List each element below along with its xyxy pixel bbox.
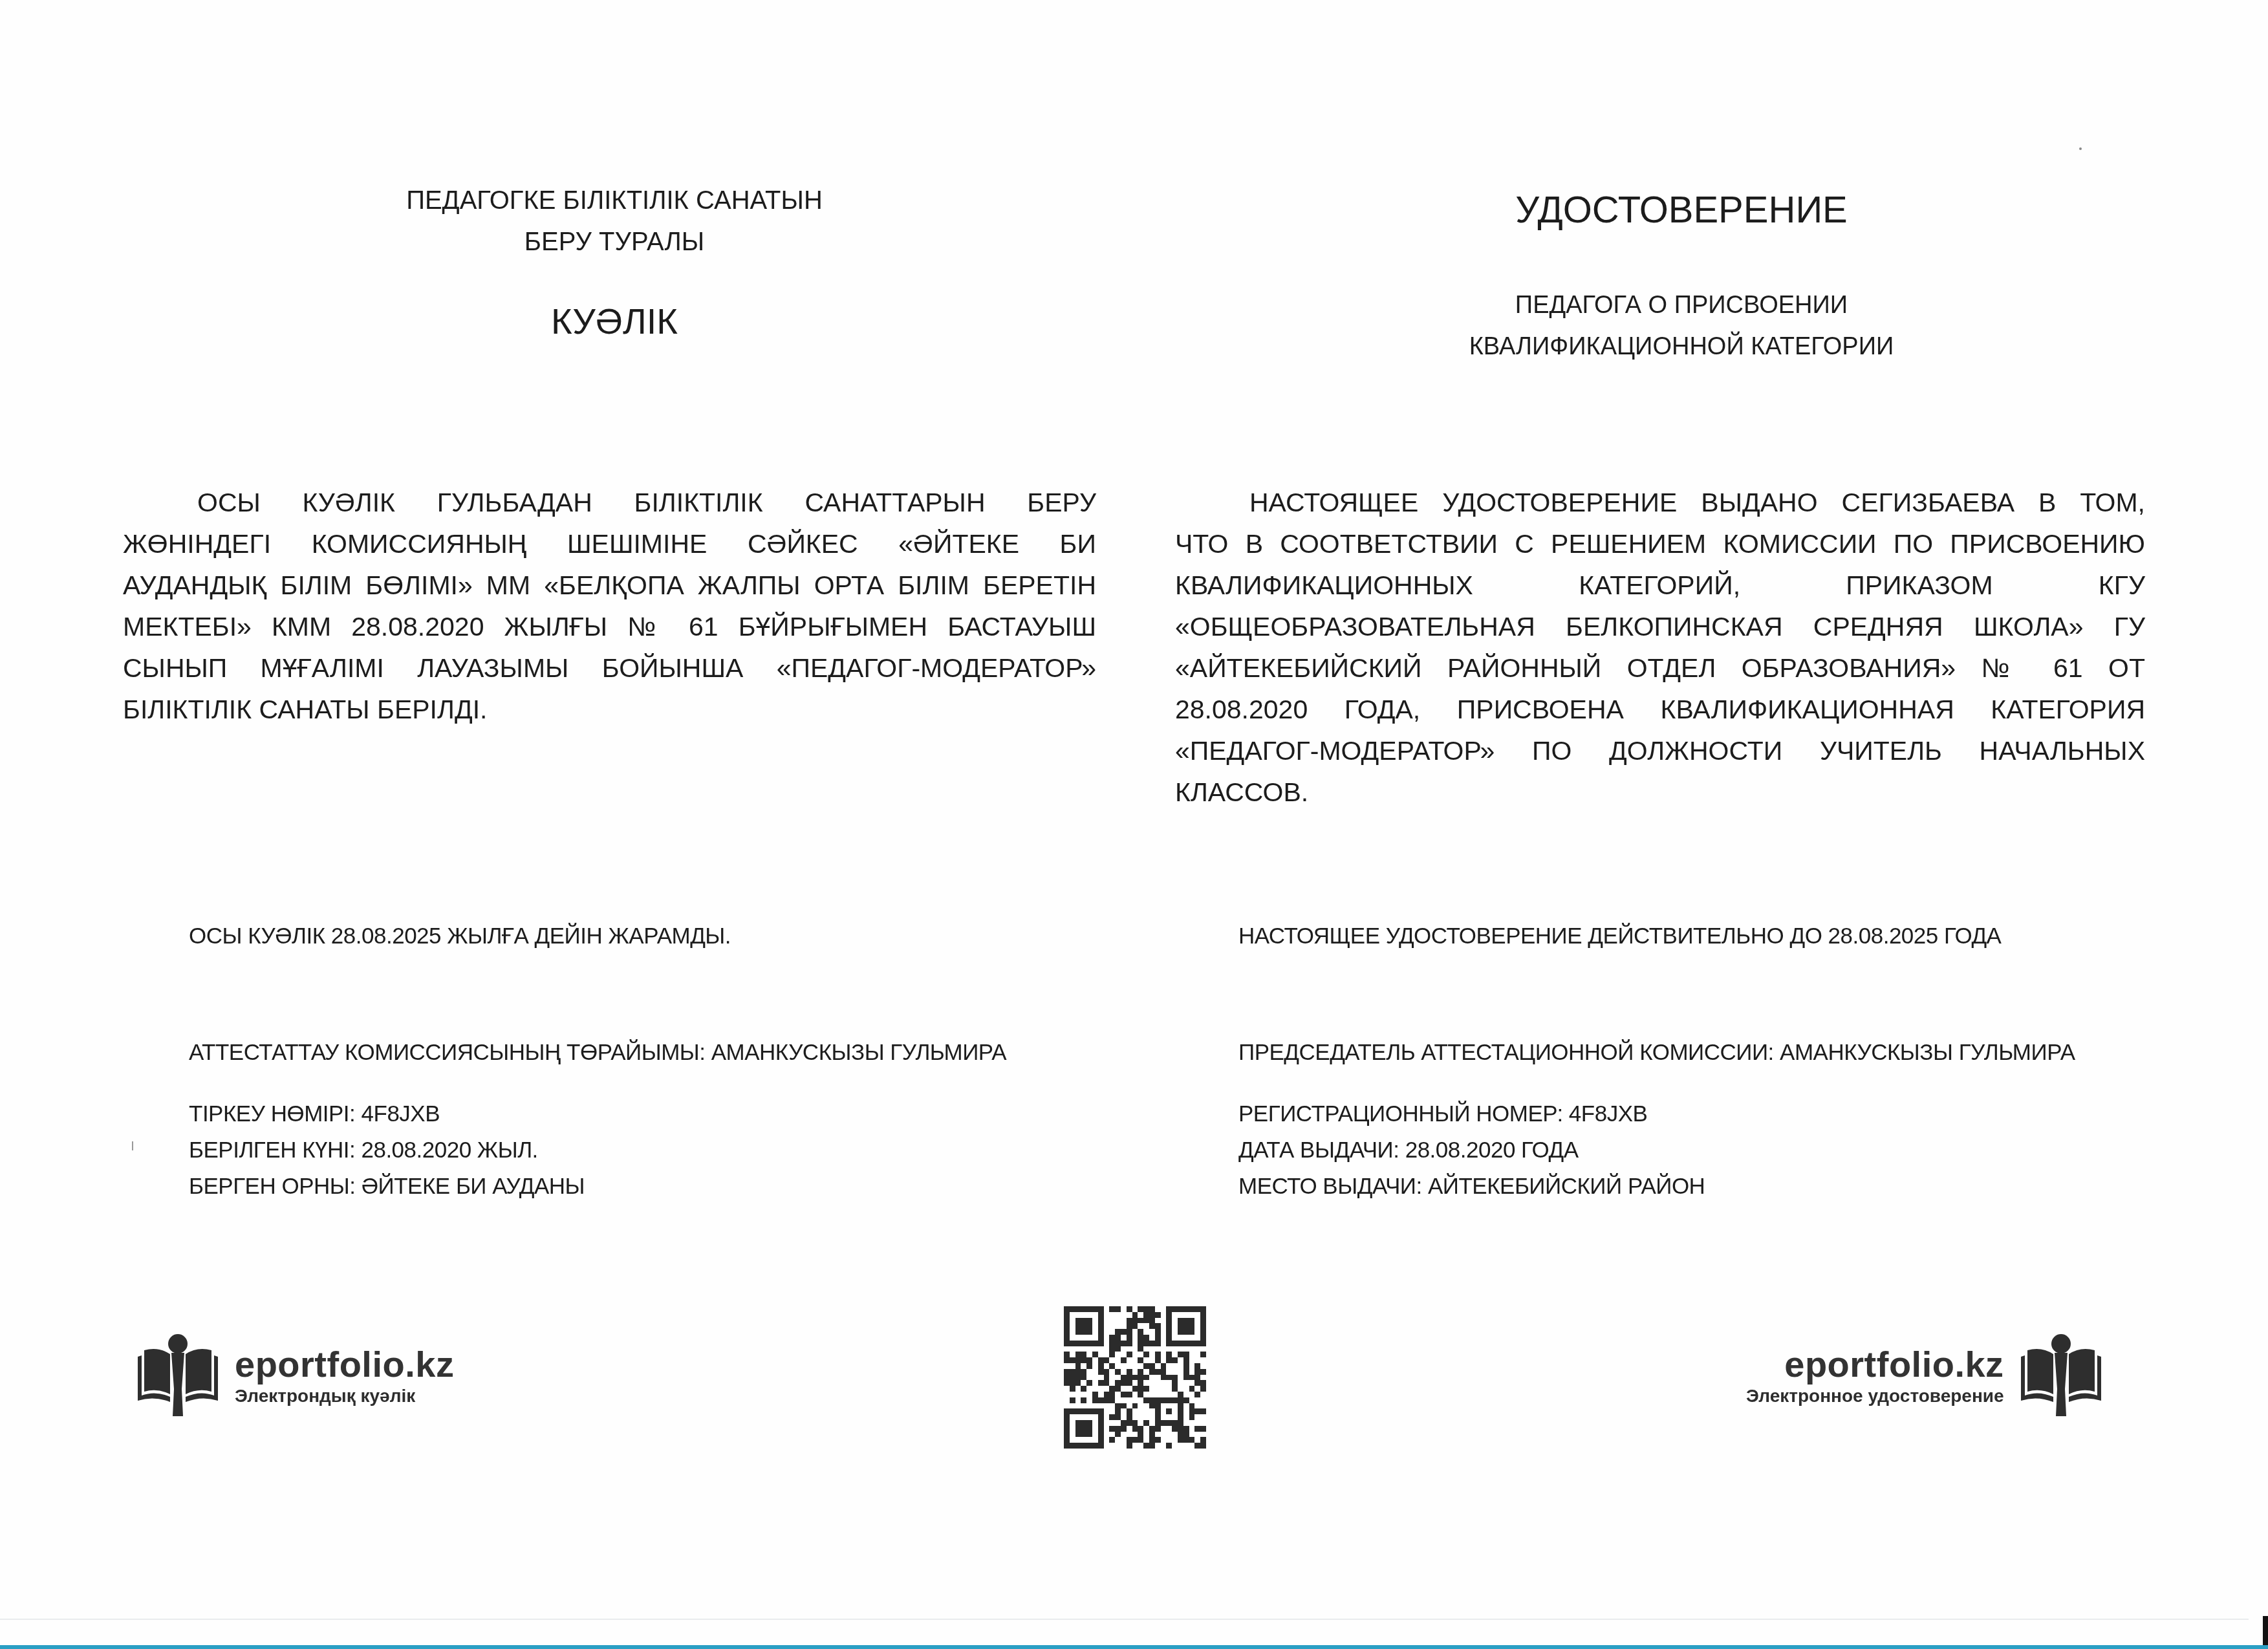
kk-commission-chair: АТТЕСТАТТАУ КОМИССИЯСЫНЫҢ ТӨРАЙЫМЫ: АМАН… (189, 1035, 1006, 1071)
kk-body-line: АУДАНДЫҚ БІЛІМ БӨЛІМІ» ММ «БЕЛҚОПА ЖАЛПЫ… (123, 565, 1096, 606)
scan-edge-bottom (0, 1645, 2268, 1649)
logo-brand: eportfolio.kz (235, 1344, 454, 1385)
certificate-page: ПЕДАГОГКЕ БІЛІКТІЛІК САНАТЫН БЕРУ ТУРАЛЫ… (0, 0, 2268, 1649)
book-person-icon (133, 1331, 223, 1421)
kk-body-line: БІЛІКТІЛІК САНАТЫ БЕРІЛДІ. (123, 689, 1096, 730)
scan-speck (132, 1141, 133, 1150)
kk-body-paragraph: ОСЫ КУӘЛІК ГУЛЬБАДАН БІЛІКТІЛІК САНАТТАР… (123, 482, 1096, 730)
kk-body-line: ЖӨНІНДЕГІ КОМИССИЯНЫҢ ШЕШІМІНЕ СӘЙКЕС «Ә… (123, 523, 1096, 565)
kk-subtitle-line: БЕРУ ТУРАЛЫ (362, 221, 867, 263)
ru-body-line: «АЙТЕКЕБИЙСКИЙ РАЙОННЫЙ ОТДЕЛ ОБРАЗОВАНИ… (1175, 647, 2145, 689)
ru-issue-place: МЕСТО ВЫДАЧИ: АЙТЕКЕБИЙСКИЙ РАЙОН (1238, 1169, 1705, 1205)
kk-body-line: СЫНЫП МҰҒАЛІМІ ЛАУАЗЫМЫ БОЙЫНША «ПЕДАГОГ… (123, 647, 1096, 689)
book-person-icon (2016, 1331, 2106, 1421)
ru-subtitle-line: КВАЛИФИКАЦИОННОЙ КАТЕГОРИИ (1326, 326, 2037, 367)
kk-issue-place: БЕРГЕН ОРНЫ: ӘЙТЕКЕ БИ АУДАНЫ (189, 1169, 585, 1205)
scan-edge-right (2263, 1616, 2268, 1645)
logo-caption: Электронное удостоверение (1746, 1385, 2004, 1408)
ru-body-line: КЛАССОВ. (1175, 771, 2145, 813)
ru-body-paragraph: НАСТОЯЩЕЕ УДОСТОВЕРЕНИЕ ВЫДАНО СЕГИЗБАЕВ… (1175, 482, 2145, 813)
ru-body-line: НАСТОЯЩЕЕ УДОСТОВЕРЕНИЕ ВЫДАНО СЕГИЗБАЕВ… (1175, 482, 2145, 523)
ru-body-line: ЧТО В СООТВЕТСТВИИ С РЕШЕНИЕМ КОМИССИИ П… (1175, 523, 2145, 565)
ru-title: УДОСТОВЕРЕНИЕ (1390, 188, 1972, 233)
scan-edge-line (0, 1619, 2249, 1620)
ru-body-line: «ПЕДАГОГ-МОДЕРАТОР» ПО ДОЛЖНОСТИ УЧИТЕЛЬ… (1175, 730, 2145, 771)
ru-body-line: КВАЛИФИКАЦИОННЫХ КАТЕГОРИЙ, ПРИКАЗОМ КГУ (1175, 565, 2145, 606)
kk-validity: ОСЫ КУӘЛІК 28.08.2025 ЖЫЛҒА ДЕЙІН ЖАРАМД… (189, 918, 731, 954)
logo-brand: eportfolio.kz (1784, 1344, 2003, 1385)
kk-issue-date: БЕРІЛГЕН КҮНІ: 28.08.2020 ЖЫЛ. (189, 1132, 585, 1169)
qr-code-icon (1064, 1306, 1206, 1449)
logo-caption: Электрондық куәлік (235, 1385, 415, 1408)
ru-validity: НАСТОЯЩЕЕ УДОСТОВЕРЕНИЕ ДЕЙСТВИТЕЛЬНО ДО… (1238, 918, 2001, 954)
kk-body-line: ОСЫ КУӘЛІК ГУЛЬБАДАН БІЛІКТІЛІК САНАТТАР… (123, 482, 1096, 523)
ru-registration-number: РЕГИСТРАЦИОННЫЙ НОМЕР: 4F8JXB (1238, 1096, 1705, 1132)
ru-subtitle-line: ПЕДАГОГА О ПРИСВОЕНИИ (1326, 285, 2037, 326)
ru-commission-chair: ПРЕДСЕДАТЕЛЬ АТТЕСТАЦИОННОЙ КОМИССИИ: АМ… (1238, 1035, 2075, 1071)
logo-text: eportfolio.kz Электрондық куәлік (235, 1344, 454, 1408)
ru-subtitle: ПЕДАГОГА О ПРИСВОЕНИИ КВАЛИФИКАЦИОННОЙ К… (1326, 285, 2037, 367)
ru-body-line: 28.08.2020 ГОДА, ПРИСВОЕНА КВАЛИФИКАЦИОН… (1175, 689, 2145, 730)
ru-body-line: «ОБЩЕОБРАЗОВАТЕЛЬНАЯ БЕЛКОПИНСКАЯ СРЕДНЯ… (1175, 606, 2145, 647)
ru-meta-block: РЕГИСТРАЦИОННЫЙ НОМЕР: 4F8JXB ДАТА ВЫДАЧ… (1238, 1096, 1705, 1205)
kk-subtitle-line: ПЕДАГОГКЕ БІЛІКТІЛІК САНАТЫН (362, 180, 867, 221)
eportfolio-logo-kk: eportfolio.kz Электрондық куәлік (133, 1331, 454, 1421)
eportfolio-logo-ru: eportfolio.kz Электронное удостоверение (1746, 1331, 2106, 1421)
logo-text: eportfolio.kz Электронное удостоверение (1746, 1344, 2004, 1408)
kk-body-line: МЕКТЕБІ» КММ 28.08.2020 ЖЫЛҒЫ № 61 БҰЙРЫ… (123, 606, 1096, 647)
kk-title: КУӘЛІК (362, 299, 867, 344)
ru-issue-date: ДАТА ВЫДАЧИ: 28.08.2020 ГОДА (1238, 1132, 1705, 1169)
kk-subtitle: ПЕДАГОГКЕ БІЛІКТІЛІК САНАТЫН БЕРУ ТУРАЛЫ (362, 180, 867, 263)
kk-meta-block: ТІРКЕУ НӨМІРІ: 4F8JXB БЕРІЛГЕН КҮНІ: 28.… (189, 1096, 585, 1205)
scan-speck (2079, 147, 2082, 150)
kk-registration-number: ТІРКЕУ НӨМІРІ: 4F8JXB (189, 1096, 585, 1132)
